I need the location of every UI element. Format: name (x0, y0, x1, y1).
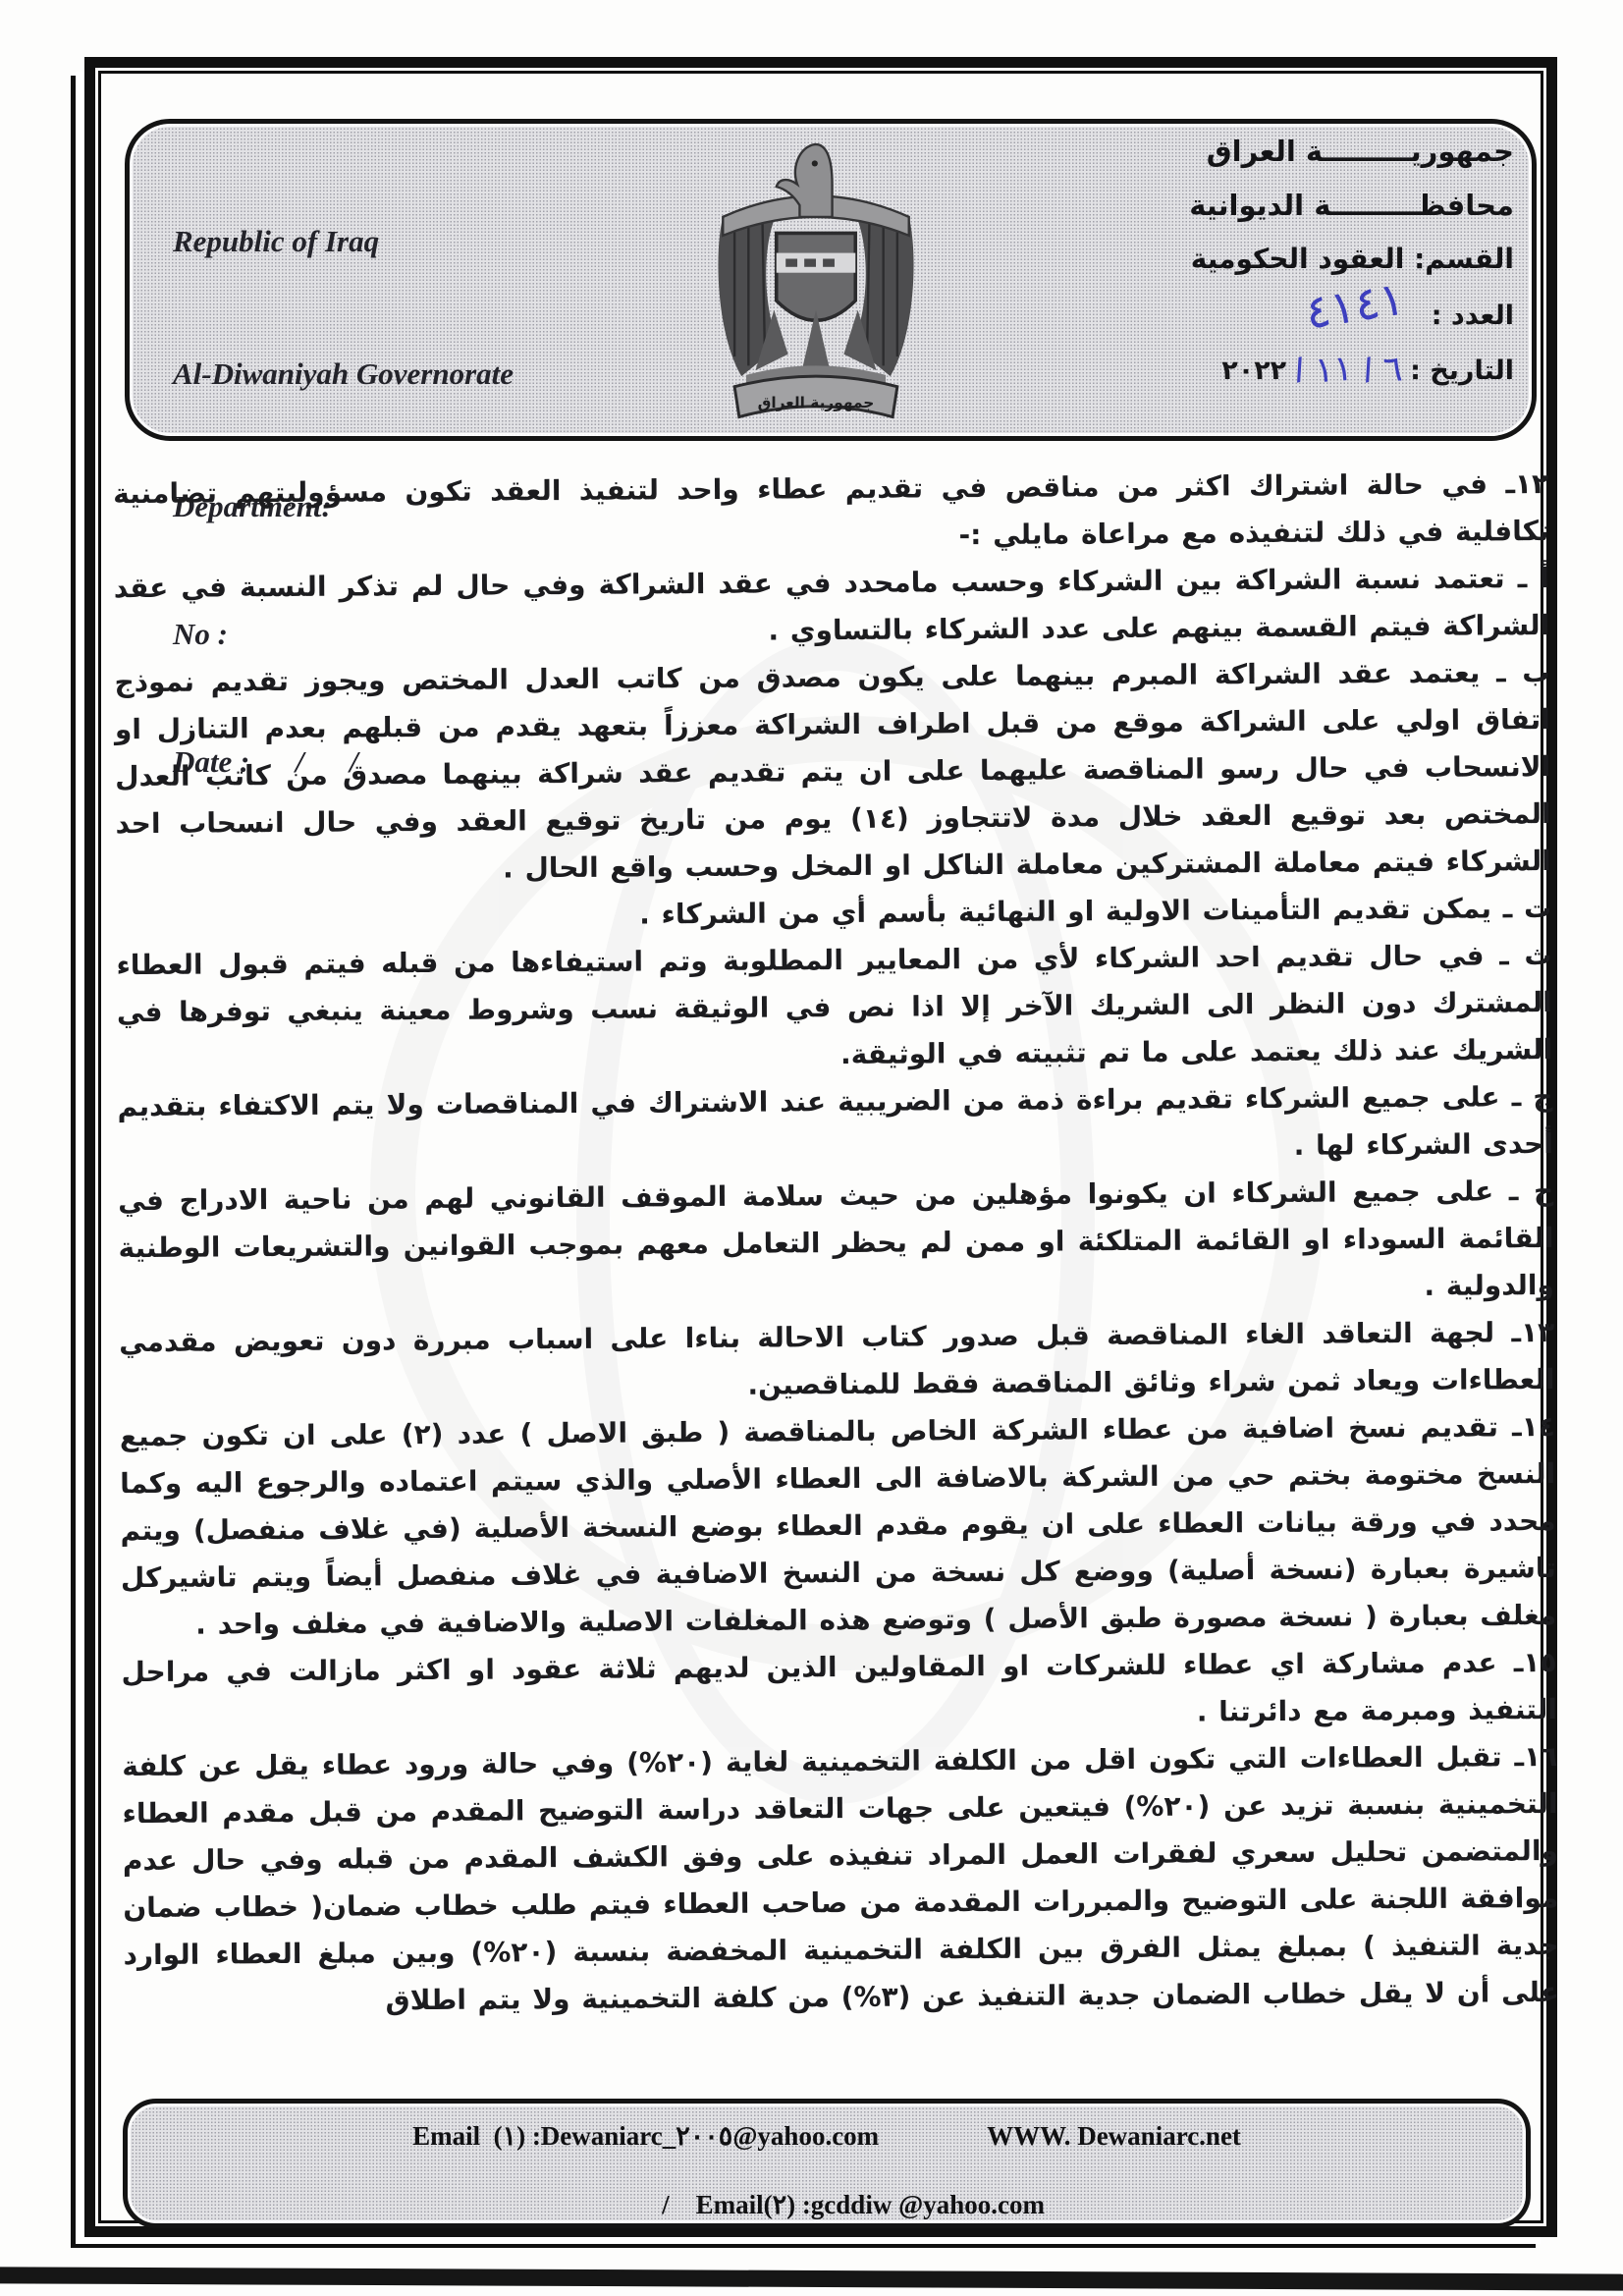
letterhead-arabic: جمهوريـــــــــة العراق محافظـــــــــة … (1189, 137, 1514, 402)
document-date-row: التاريخ : ٦ / ١١ / ٢٠٢٢ (1189, 353, 1514, 388)
scanned-document-page: Republic of Iraq Al-Diwaniyah Governorat… (0, 0, 1623, 2296)
clause-14: ١٤ـ تقديم نسخ اضافية من عطاء الشركة الخا… (120, 1403, 1557, 1649)
clause-16: ١٦ـ تقبل العطاءات التي تكون اقل من الكلف… (122, 1733, 1559, 2026)
clause-12: ١٢ـ في حالة اشتراك اكثر من مناقص في تقدي… (113, 461, 1549, 565)
footer-line-1: Email (١) :Dewaniarc_٢٠٠٥@yahoo.com WWW.… (128, 2121, 1526, 2152)
document-number-handwritten: ٤١٤١ (1302, 276, 1407, 337)
letterhead-panel: Republic of Iraq Al-Diwaniyah Governorat… (125, 119, 1537, 441)
clause-12-th: ث ـ في حال تقديم احد الشركاء لأي من المع… (116, 932, 1552, 1083)
number-label-ar: العدد : (1432, 302, 1514, 329)
document-body: ١٢ـ في حالة اشتراك اكثر من مناقص في تقدي… (113, 461, 1559, 2026)
footer-email-1: Email (١) :Dewaniarc_٢٠٠٥@yahoo.com (412, 2121, 879, 2152)
date-day-handwritten: ٦ (1382, 352, 1404, 388)
clause-12-j: ج ـ على جميع الشركاء تقديم براءة ذمة من … (117, 1073, 1553, 1177)
contact-footer-panel: Email (١) :Dewaniarc_٢٠٠٥@yahoo.com WWW.… (123, 2099, 1531, 2228)
clause-15: ١٥ـ عدم مشاركة اي عطاء للشركات او المقاو… (121, 1639, 1557, 1743)
page-border-frame: Republic of Iraq Al-Diwaniyah Governorat… (84, 57, 1557, 2237)
iraq-eagle-emblem-icon: جمهورية العراق (699, 136, 933, 426)
emblem-banner-text: جمهورية العراق (758, 394, 875, 411)
footer-email-2: / Email(٢) :gcddiw @yahoo.com (662, 2190, 1045, 2219)
date-separator: / (1291, 355, 1309, 386)
footer-line-2: / Email(٢) :gcddiw @yahoo.com (128, 2159, 1526, 2251)
date-year-printed: ٢٠٢٢ (1221, 357, 1286, 384)
clause-13: ١٣ـ لجهة التعاقد الغاء المناقصة قبل صدور… (119, 1309, 1555, 1413)
scan-artifact-bottom-edge (0, 2267, 1623, 2290)
country-name-ar: جمهوريـــــــــة العراق (1189, 137, 1514, 166)
department-line-ar: القسم: العقود الحكومية (1189, 246, 1514, 273)
date-separator: / (1359, 355, 1377, 386)
date-month-handwritten: ١١ (1314, 352, 1354, 390)
document-number-row: العدد : ٤١٤١ (1189, 293, 1514, 339)
country-name-en: Republic of Iraq (173, 224, 514, 259)
governorate-name-ar: محافظـــــــــة الديوانية (1189, 191, 1514, 220)
governorate-name-en: Al-Diwaniyah Governorate (173, 356, 514, 392)
clause-12-a: أ ـ تعتمد نسبة الشراكة بين الشركاء وحسب … (114, 555, 1550, 659)
scan-artifact-streak (27, 0, 35, 511)
clause-12-b: ب ـ يعتمد عقد الشراكة المبرم بينهما على … (114, 649, 1551, 895)
date-label-ar: التاريخ : (1410, 357, 1514, 384)
clause-12-h: ح ـ على جميع الشركاء ان يكونوا مؤهلين من… (118, 1168, 1554, 1319)
footer-website: WWW. Dewaniarc.net (987, 2121, 1241, 2152)
